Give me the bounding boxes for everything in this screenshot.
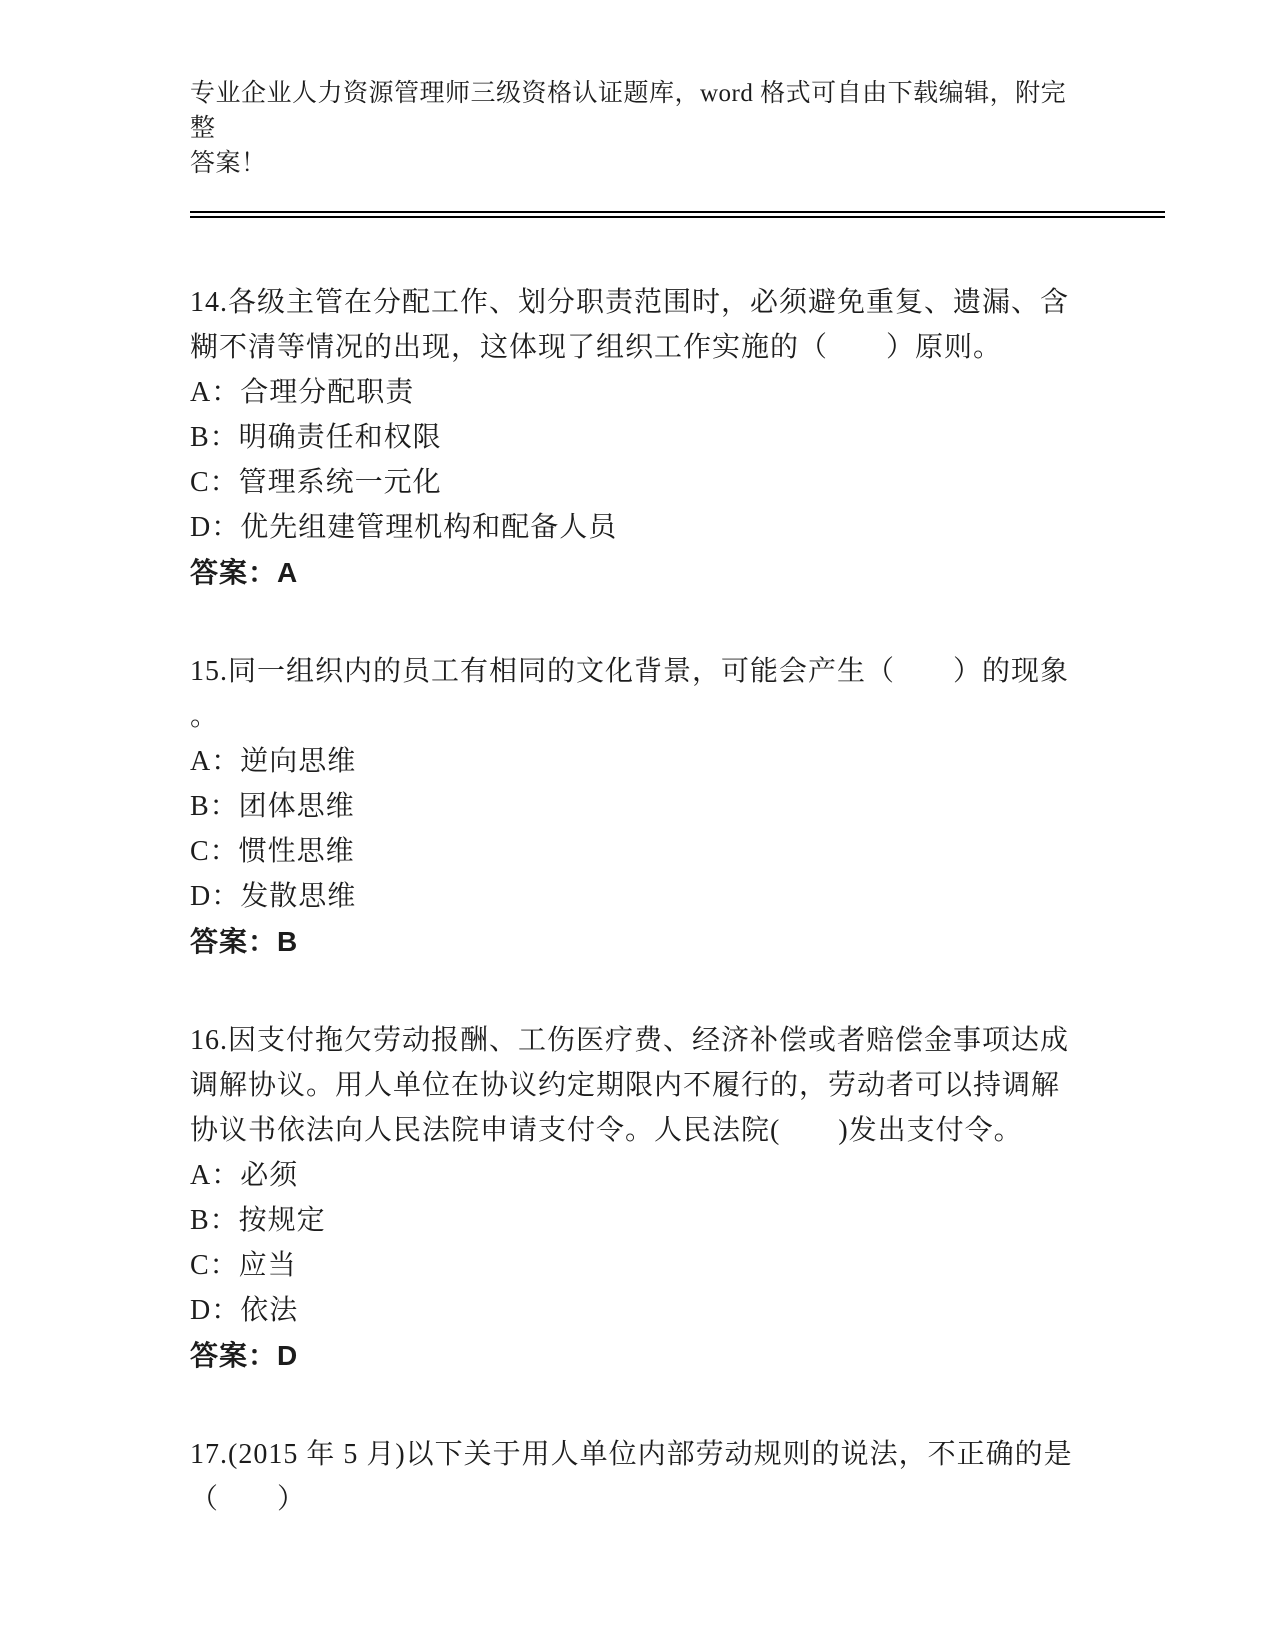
answer-label: 答案： — [190, 557, 277, 588]
question-16-option-c: C：应当 — [190, 1243, 1085, 1288]
question-14-option-b: B：明确责任和权限 — [190, 415, 1085, 460]
question-14-option-d: D：优先组建管理机构和配备人员 — [190, 505, 1085, 550]
document-page: 专业企业人力资源管理师三级资格认证题库，word 格式可自由下载编辑，附完整 答… — [0, 0, 1275, 1650]
question-stem-line: 。 — [190, 694, 1085, 739]
question-stem-line: 协议书依法向人民法院申请支付令。人民法院( )发出支付令。 — [190, 1108, 1085, 1153]
question-stem-line: 调解协议。用人单位在协议约定期限内不履行的，劳动者可以持调解 — [190, 1063, 1085, 1108]
question-14-answer: 答案：A — [190, 550, 1085, 595]
answer-letter: B — [277, 926, 298, 957]
answer-letter: D — [277, 1340, 298, 1371]
question-16: 16.因支付拖欠劳动报酬、工伤医疗费、经济补偿或者赔偿金事项达成 调解协议。用人… — [190, 1018, 1085, 1378]
question-15-option-a: A：逆向思维 — [190, 739, 1085, 784]
question-16-option-d: D：依法 — [190, 1288, 1085, 1333]
question-15-option-c: C：惯性思维 — [190, 829, 1085, 874]
question-15: 15.同一组织内的员工有相同的文化背景，可能会产生（ ）的现象 。 A：逆向思维… — [190, 649, 1085, 964]
question-15-answer: 答案：B — [190, 919, 1085, 964]
header-divider-rule — [190, 211, 1165, 218]
answer-label: 答案： — [190, 926, 277, 957]
question-16-answer: 答案：D — [190, 1333, 1085, 1378]
question-15-option-d: D：发散思维 — [190, 874, 1085, 919]
question-15-option-b: B：团体思维 — [190, 784, 1085, 829]
question-14-option-a: A：合理分配职责 — [190, 370, 1085, 415]
question-16-option-a: A：必须 — [190, 1153, 1085, 1198]
document-header: 专业企业人力资源管理师三级资格认证题库，word 格式可自由下载编辑，附完整 答… — [190, 76, 1085, 181]
answer-label: 答案： — [190, 1340, 277, 1371]
question-14: 14.各级主管在分配工作、划分职责范围时，必须避免重复、遗漏、含 糊不清等情况的… — [190, 280, 1085, 595]
question-stem-line: 17.(2015 年 5 月)以下关于用人单位内部劳动规则的说法，不正确的是 — [190, 1432, 1085, 1477]
question-14-option-c: C：管理系统一元化 — [190, 460, 1085, 505]
header-line: 答案！ — [190, 146, 1085, 181]
header-line: 专业企业人力资源管理师三级资格认证题库，word 格式可自由下载编辑，附完整 — [190, 76, 1085, 146]
question-stem-line: 14.各级主管在分配工作、划分职责范围时，必须避免重复、遗漏、含 — [190, 280, 1085, 325]
question-stem-line: 16.因支付拖欠劳动报酬、工伤医疗费、经济补偿或者赔偿金事项达成 — [190, 1018, 1085, 1063]
answer-letter: A — [277, 557, 298, 588]
question-stem-line: 糊不清等情况的出现，这体现了组织工作实施的（ ）原则。 — [190, 325, 1085, 370]
question-stem-line: 15.同一组织内的员工有相同的文化背景，可能会产生（ ）的现象 — [190, 649, 1085, 694]
question-16-option-b: B：按规定 — [190, 1198, 1085, 1243]
question-17: 17.(2015 年 5 月)以下关于用人单位内部劳动规则的说法，不正确的是 （… — [190, 1432, 1085, 1522]
document-content: 专业企业人力资源管理师三级资格认证题库，word 格式可自由下载编辑，附完整 答… — [190, 0, 1085, 1522]
question-stem-line: （ ） — [190, 1477, 1085, 1522]
